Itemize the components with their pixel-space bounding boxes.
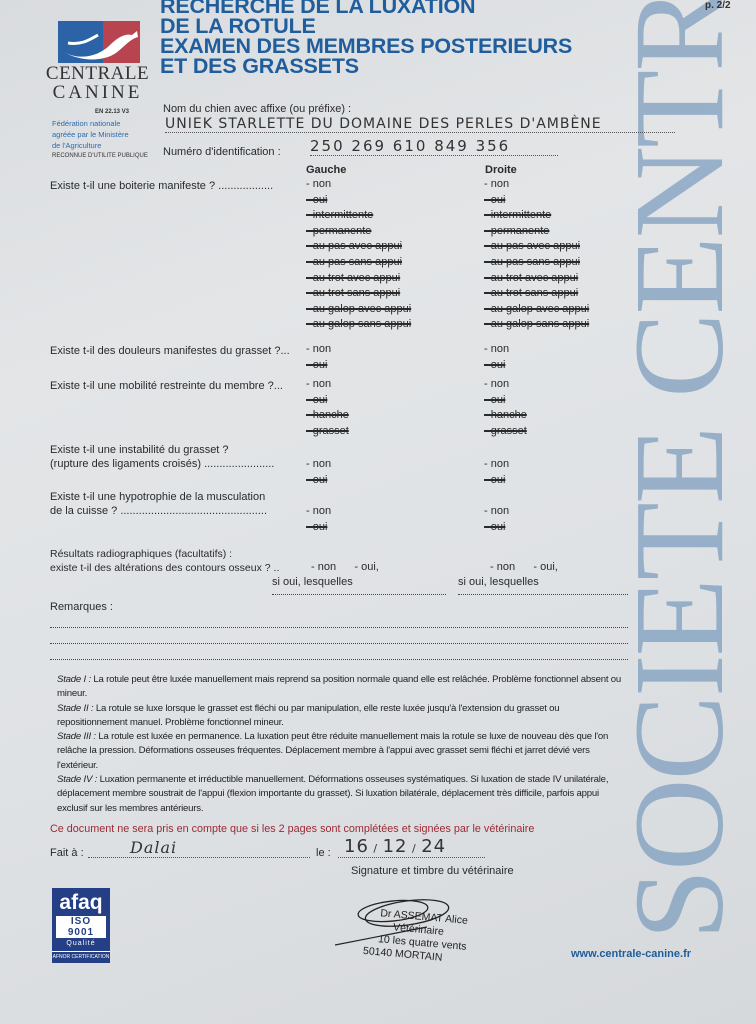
option-item[interactable]: - non — [306, 377, 349, 393]
boiterie-left-options: - non- oui- intermittente- permanente- a… — [306, 177, 411, 333]
column-left-header: Gauche — [306, 164, 346, 176]
radio-right-which-label: si oui, lesquelles — [458, 575, 539, 591]
option-item[interactable]: - au galop sans appui — [306, 317, 411, 333]
option-item[interactable]: - intermittente — [306, 208, 411, 224]
question-mobilite: Existe t-il une mobilité restreinte du m… — [50, 379, 283, 393]
signature-label: Signature et timbre du vétérinaire — [351, 864, 514, 878]
page-number: p. 2/2 — [705, 0, 731, 11]
remarks-label: Remarques : — [50, 600, 113, 614]
option-item[interactable]: - oui — [484, 393, 527, 409]
document-title: RECHERCHE DE LA LUXATION DE LA ROTULE EX… — [160, 0, 572, 76]
radio-left-options[interactable]: - non - oui, — [311, 560, 379, 576]
mobilite-right-options: - non- oui- hanche- grasset — [484, 377, 527, 439]
date-field[interactable]: 16 / 12 / 24 — [338, 836, 485, 858]
id-label: Numéro d'identification : — [163, 146, 281, 158]
option-item[interactable]: - hanche — [306, 408, 349, 424]
leaping-dog-icon — [58, 21, 140, 63]
dog-name-label: Nom du chien avec affixe (ou préfixe) : — [163, 103, 351, 115]
signature-scribble[interactable] — [335, 895, 475, 955]
option-item[interactable]: - au trot sans appui — [484, 286, 589, 302]
hypotrophie-right-options: - non- oui — [484, 504, 509, 535]
logo-name: Centrale Canine — [40, 64, 155, 102]
option-item[interactable]: - au trot sans appui — [306, 286, 411, 302]
option-item[interactable]: - non — [484, 342, 509, 358]
option-item[interactable]: - oui — [484, 193, 589, 209]
option-item[interactable]: - oui — [484, 358, 509, 374]
instabilite-left-options: - non- oui — [306, 457, 331, 488]
instabilite-right-options: - non- oui — [484, 457, 509, 488]
option-item[interactable]: - non — [306, 342, 331, 358]
remarks-line-3[interactable] — [50, 659, 628, 660]
place-field[interactable]: Dalai — [88, 838, 310, 858]
remarks-line-2[interactable] — [50, 643, 628, 644]
option-item[interactable]: - non — [306, 504, 331, 520]
place-label: Fait à : — [50, 846, 84, 860]
recognition-text: RECONNUE D'UTILITE PUBLIQUE — [52, 153, 148, 159]
validation-warning: Ce document ne sera pris en compte que s… — [50, 823, 534, 835]
mobilite-left-options: - non- oui- hanche- grasset — [306, 377, 349, 439]
id-field[interactable]: 250 269 610 849 356 — [310, 137, 558, 156]
radio-left-which-label: si oui, lesquelles — [272, 575, 353, 591]
option-item[interactable]: - au galop avec appui — [306, 302, 411, 318]
option-item[interactable]: - au galop sans appui — [484, 317, 589, 333]
option-item[interactable]: - permanente — [306, 224, 411, 240]
option-item[interactable]: - au trot avec appui — [306, 271, 411, 287]
option-item[interactable]: - non — [484, 457, 509, 473]
option-item[interactable]: - oui — [484, 473, 509, 489]
stade-1: Stade I : La rotule peut être luxée manu… — [57, 673, 627, 702]
question-douleurs: Existe t-il des douleurs manifestes du g… — [50, 344, 290, 358]
option-item[interactable]: - non — [484, 177, 589, 193]
option-item[interactable]: - oui — [306, 393, 349, 409]
radio-right-options[interactable]: - non - oui, — [490, 560, 558, 576]
question-instabilite: Existe t-il une instabilité du grasset ?… — [50, 443, 274, 471]
remarks-line-1[interactable] — [50, 627, 628, 628]
date-label: le : — [316, 846, 331, 860]
option-item[interactable]: - oui — [306, 473, 331, 489]
radio-right-field[interactable] — [458, 594, 628, 595]
option-item[interactable]: - hanche — [484, 408, 527, 424]
option-item[interactable]: - non — [306, 177, 411, 193]
option-item[interactable]: - au pas avec appui — [484, 239, 589, 255]
option-item[interactable]: - non — [484, 504, 509, 520]
option-item[interactable]: - oui — [484, 520, 509, 536]
douleurs-left-options: - non- oui — [306, 342, 331, 373]
option-item[interactable]: - au galop avec appui — [484, 302, 589, 318]
watermark-societe-centrale-canine: SOCIETE CENTRALE CANINE — [615, 0, 743, 940]
hypotrophie-left-options: - non- oui — [306, 504, 331, 535]
option-item[interactable]: - au pas sans appui — [484, 255, 589, 271]
question-radio: Résultats radiographiques (facultatifs) … — [50, 547, 279, 575]
option-item[interactable]: - permanente — [484, 224, 589, 240]
stade-4: Stade IV : Luxation permanente et irrédu… — [57, 773, 627, 816]
option-item[interactable]: - non — [484, 377, 527, 393]
question-hypotrophie: Existe t-il une hypotrophie de la muscul… — [50, 490, 267, 518]
option-item[interactable]: - non — [306, 457, 331, 473]
dog-name-field[interactable]: UNIEK STARLETTE DU DOMAINE DES PERLES D'… — [165, 116, 675, 133]
website-link[interactable]: www.centrale-canine.fr — [571, 948, 691, 960]
radio-left-field[interactable] — [272, 594, 446, 595]
option-item[interactable]: - au trot avec appui — [484, 271, 589, 287]
stades-description: Stade I : La rotule peut être luxée manu… — [57, 673, 627, 816]
boiterie-right-options: - non- oui- intermittente- permanente- a… — [484, 177, 589, 333]
option-item[interactable]: - au pas avec appui — [306, 239, 411, 255]
option-item[interactable]: - intermittente — [484, 208, 589, 224]
option-item[interactable]: - oui — [306, 358, 331, 374]
option-item[interactable]: - oui — [306, 193, 411, 209]
question-boiterie: Existe t-il une boiterie manifeste ? ...… — [50, 179, 273, 193]
douleurs-right-options: - non- oui — [484, 342, 509, 373]
option-item[interactable]: - oui — [306, 520, 331, 536]
option-item[interactable]: - au pas sans appui — [306, 255, 411, 271]
column-right-header: Droite — [485, 164, 517, 176]
federation-text: Fédération nationale agréée par le Minis… — [52, 118, 129, 151]
stade-3: Stade III : La rotule est luxée en perma… — [57, 730, 627, 773]
logo-code: EN 22.13 V3 — [95, 109, 129, 115]
option-item[interactable]: - grasset — [484, 424, 527, 440]
option-item[interactable]: - grasset — [306, 424, 349, 440]
afaq-iso-badge: afaq ISO 9001 Qualité AFNOR CERTIFICATIO… — [52, 888, 110, 963]
stade-2: Stade II : La rotule se luxe lorsque le … — [57, 702, 627, 731]
